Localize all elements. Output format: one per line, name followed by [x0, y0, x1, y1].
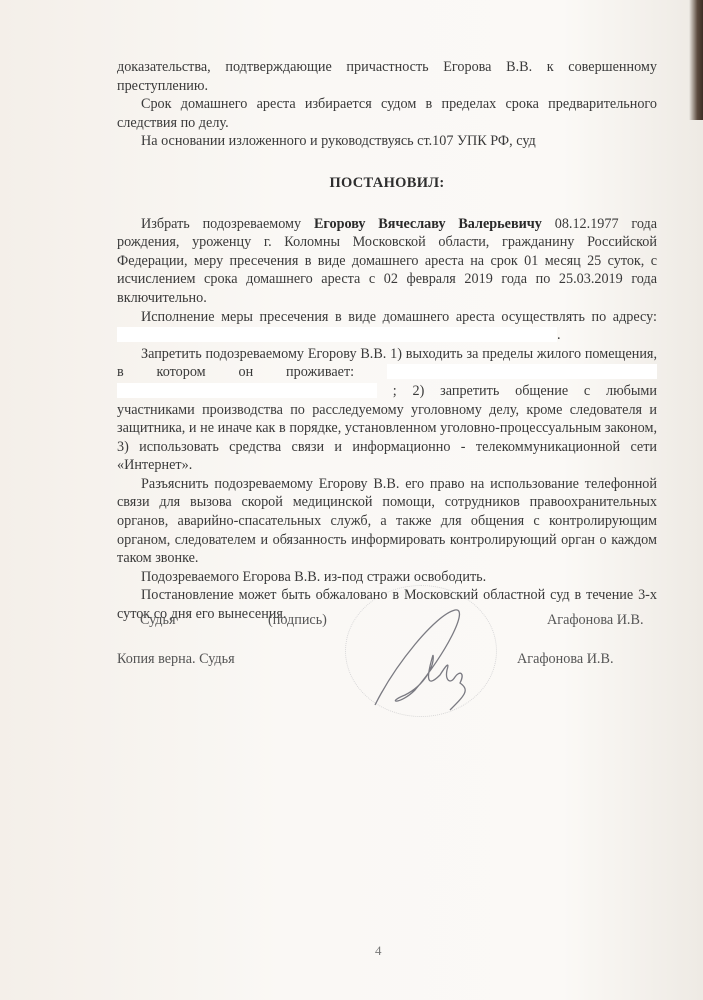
redacted-residence — [387, 364, 657, 379]
paragraph-decision: Избрать подозреваемому Егорову Вячеславу… — [117, 215, 657, 308]
copy-name: Агафонова И.В. — [517, 651, 614, 668]
execution-text: Исполнение меры пресечения в виде домашн… — [141, 309, 657, 325]
paragraph-basis: На основании изложенного и руководствуяс… — [117, 132, 657, 151]
paragraph-release: Подозреваемого Егорова В.В. из-под страж… — [117, 568, 657, 587]
page-number: 4 — [375, 943, 382, 959]
redacted-residence-cont — [117, 383, 377, 398]
page-edge-shadow — [689, 0, 703, 120]
signature-icon — [355, 595, 485, 725]
paragraph-prohibition: Запретить подозреваемому Егорову В.В. 1)… — [117, 345, 657, 475]
decision-intro: Избрать подозреваемому — [141, 216, 301, 232]
suspect-name: Егорову Вячеславу Валерьевичу — [314, 216, 542, 232]
redacted-address — [117, 327, 557, 342]
ruling-heading: ПОСТАНОВИЛ: — [117, 174, 657, 193]
document-page: доказательства, подтверждающие причастно… — [0, 0, 703, 1000]
signature-label: (подпись) — [268, 612, 327, 629]
paragraph-evidence: доказательства, подтверждающие причастно… — [117, 58, 657, 95]
copy-label: Копия верна. Судья — [117, 651, 235, 668]
document-body: доказательства, подтверждающие причастно… — [117, 58, 657, 624]
judge-name: Агафонова И.В. — [547, 612, 644, 629]
paragraph-execution: Исполнение меры пресечения в виде домашн… — [117, 308, 657, 345]
paragraph-term: Срок домашнего ареста избирается судом в… — [117, 95, 657, 132]
execution-end: . — [557, 327, 561, 343]
paragraph-explanation: Разъяснить подозреваемому Егорову В.В. е… — [117, 475, 657, 568]
judge-label: Судья — [140, 612, 176, 629]
